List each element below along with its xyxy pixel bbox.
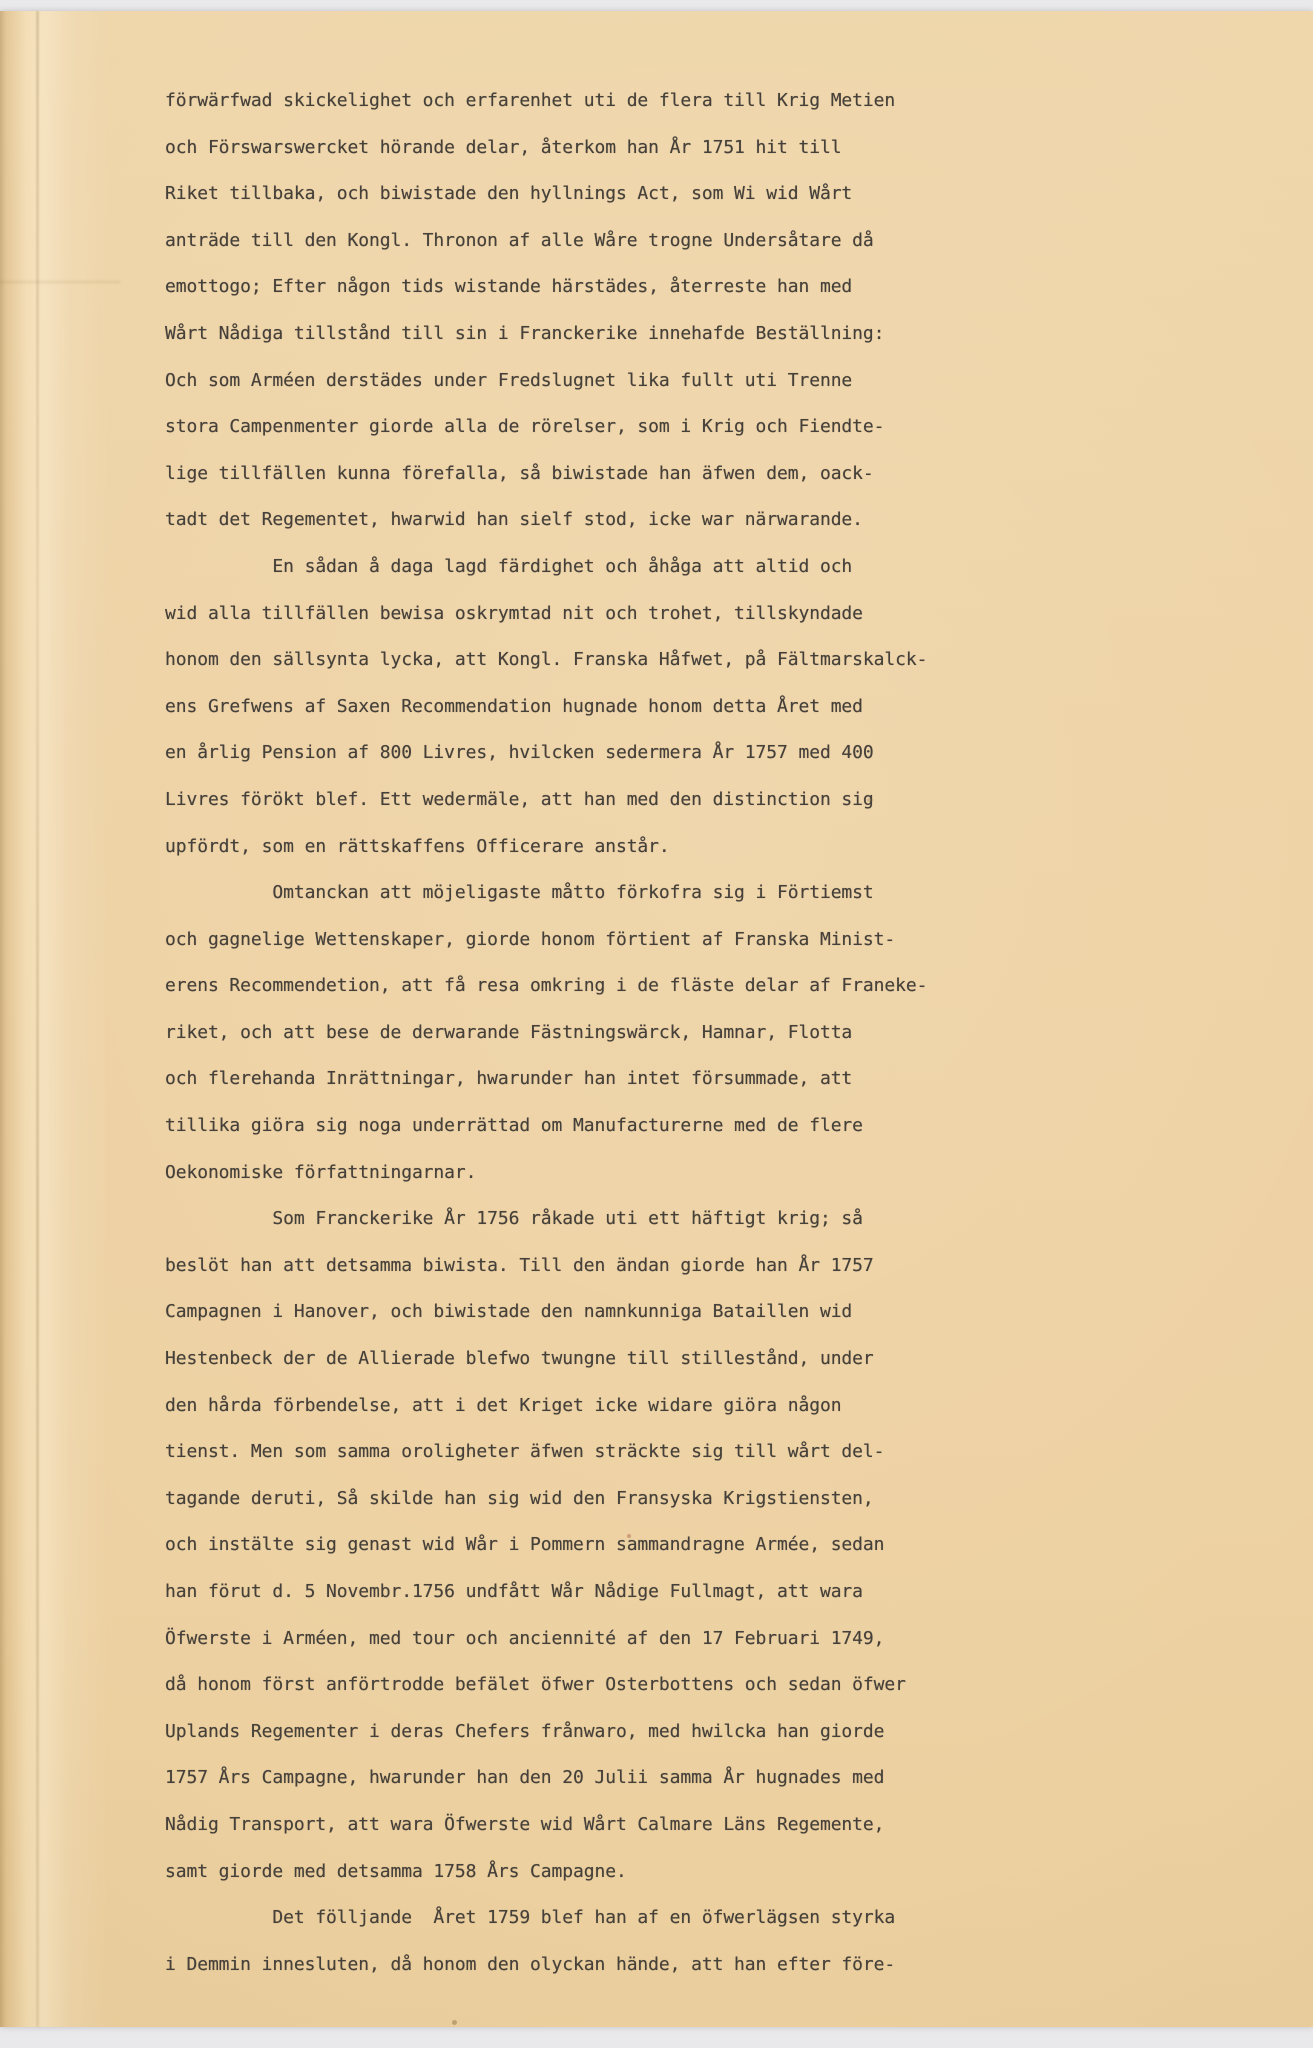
text-line: Det fölljande Året 1759 blef han af en ö… xyxy=(165,1895,1215,1942)
text-line: Omtanckan att möjeligaste måtto förkofra… xyxy=(165,870,1215,917)
text-line: honom den sällsynta lycka, att Kongl. Fr… xyxy=(165,637,1215,684)
text-line: 1757 Års Campagne, hwarunder han den 20 … xyxy=(165,1755,1215,1802)
text-line: Wårt Nådiga tillstånd till sin i Francke… xyxy=(165,311,1215,358)
text-line: stora Campenmenter giorde alla de rörels… xyxy=(165,404,1215,451)
text-line: tagande deruti, Så skilde han sig wid de… xyxy=(165,1476,1215,1523)
text-line: den hårda förbendelse, att i det Kriget … xyxy=(165,1383,1215,1430)
text-line: lige tillfällen kunna förefalla, så biwi… xyxy=(165,451,1215,498)
scanned-page: förwärfwad skickelighet och erfarenhet u… xyxy=(0,0,1313,2048)
text-line: i Demmin innesluten, då honom den olycka… xyxy=(165,1942,1215,1989)
text-line: Öfwerste i Arméen, med tour och ancienni… xyxy=(165,1616,1215,1663)
text-line: Hestenbeck der de Allierade blefwo twung… xyxy=(165,1336,1215,1383)
text-line: Och som Arméen derstädes under Fredslugn… xyxy=(165,358,1215,405)
text-line: Nådig Transport, att wara Öfwerste wid W… xyxy=(165,1802,1215,1849)
text-line: Oekonomiske författningarnar. xyxy=(165,1150,1215,1197)
text-line: och Förswarswercket hörande delar, återk… xyxy=(165,125,1215,172)
text-line: och gagnelige Wettenskaper, giorde honom… xyxy=(165,917,1215,964)
text-line: en årlig Pension af 800 Livres, hvilcken… xyxy=(165,730,1215,777)
text-line: Riket tillbaka, och biwistade den hyllni… xyxy=(165,171,1215,218)
text-line: wid alla tillfällen bewisa oskrymtad nit… xyxy=(165,591,1215,638)
text-line: emottogo; Efter någon tids wistande härs… xyxy=(165,264,1215,311)
text-line: samt giorde med detsamma 1758 Års Campag… xyxy=(165,1849,1215,1896)
text-line: beslöt han att detsamma biwista. Till de… xyxy=(165,1243,1215,1290)
paper-speck xyxy=(452,2020,457,2025)
text-line: förwärfwad skickelighet och erfarenhet u… xyxy=(165,78,1215,125)
text-line: Som Franckerike År 1756 råkade uti ett h… xyxy=(165,1196,1215,1243)
text-line: ens Grefwens af Saxen Recommendation hug… xyxy=(165,684,1215,731)
text-line: erens Recommendetion, att få resa omkrin… xyxy=(165,963,1215,1010)
text-line: och flerehanda Inrättningar, hwarunder h… xyxy=(165,1056,1215,1103)
text-line: Campagnen i Hanover, och biwistade den n… xyxy=(165,1289,1215,1336)
text-line: anträde till den Kongl. Thronon af alle … xyxy=(165,218,1215,265)
paper-crease xyxy=(0,281,120,283)
text-line: Livres förökt blef. Ett wedermäle, att h… xyxy=(165,777,1215,824)
typewritten-text-block: förwärfwad skickelighet och erfarenhet u… xyxy=(165,78,1215,1988)
text-line: En sådan å daga lagd färdighet och åhåga… xyxy=(165,544,1215,591)
text-line: han förut d. 5 Novembr.1756 undfått Wår … xyxy=(165,1569,1215,1616)
text-line: då honom först anförtrodde befälet öfwer… xyxy=(165,1662,1215,1709)
text-line: tienst. Men som samma oroligheter äfwen … xyxy=(165,1429,1215,1476)
text-line: riket, och att bese de derwarande Fästni… xyxy=(165,1010,1215,1057)
text-line: och instälte sig genast wid Wår i Pommer… xyxy=(165,1522,1215,1569)
paper-speck xyxy=(627,1534,631,1538)
paper-sheet: förwärfwad skickelighet och erfarenhet u… xyxy=(0,11,1313,2027)
text-line: Uplands Regementer i deras Chefers frånw… xyxy=(165,1709,1215,1756)
text-line: tadt det Regementet, hwarwid han sielf s… xyxy=(165,497,1215,544)
fold-crease xyxy=(36,11,39,2027)
text-line: tillika giöra sig noga underrättad om Ma… xyxy=(165,1103,1215,1150)
paper-speck xyxy=(867,798,873,802)
text-line: upfördt, som en rättskaffens Officerare … xyxy=(165,824,1215,871)
